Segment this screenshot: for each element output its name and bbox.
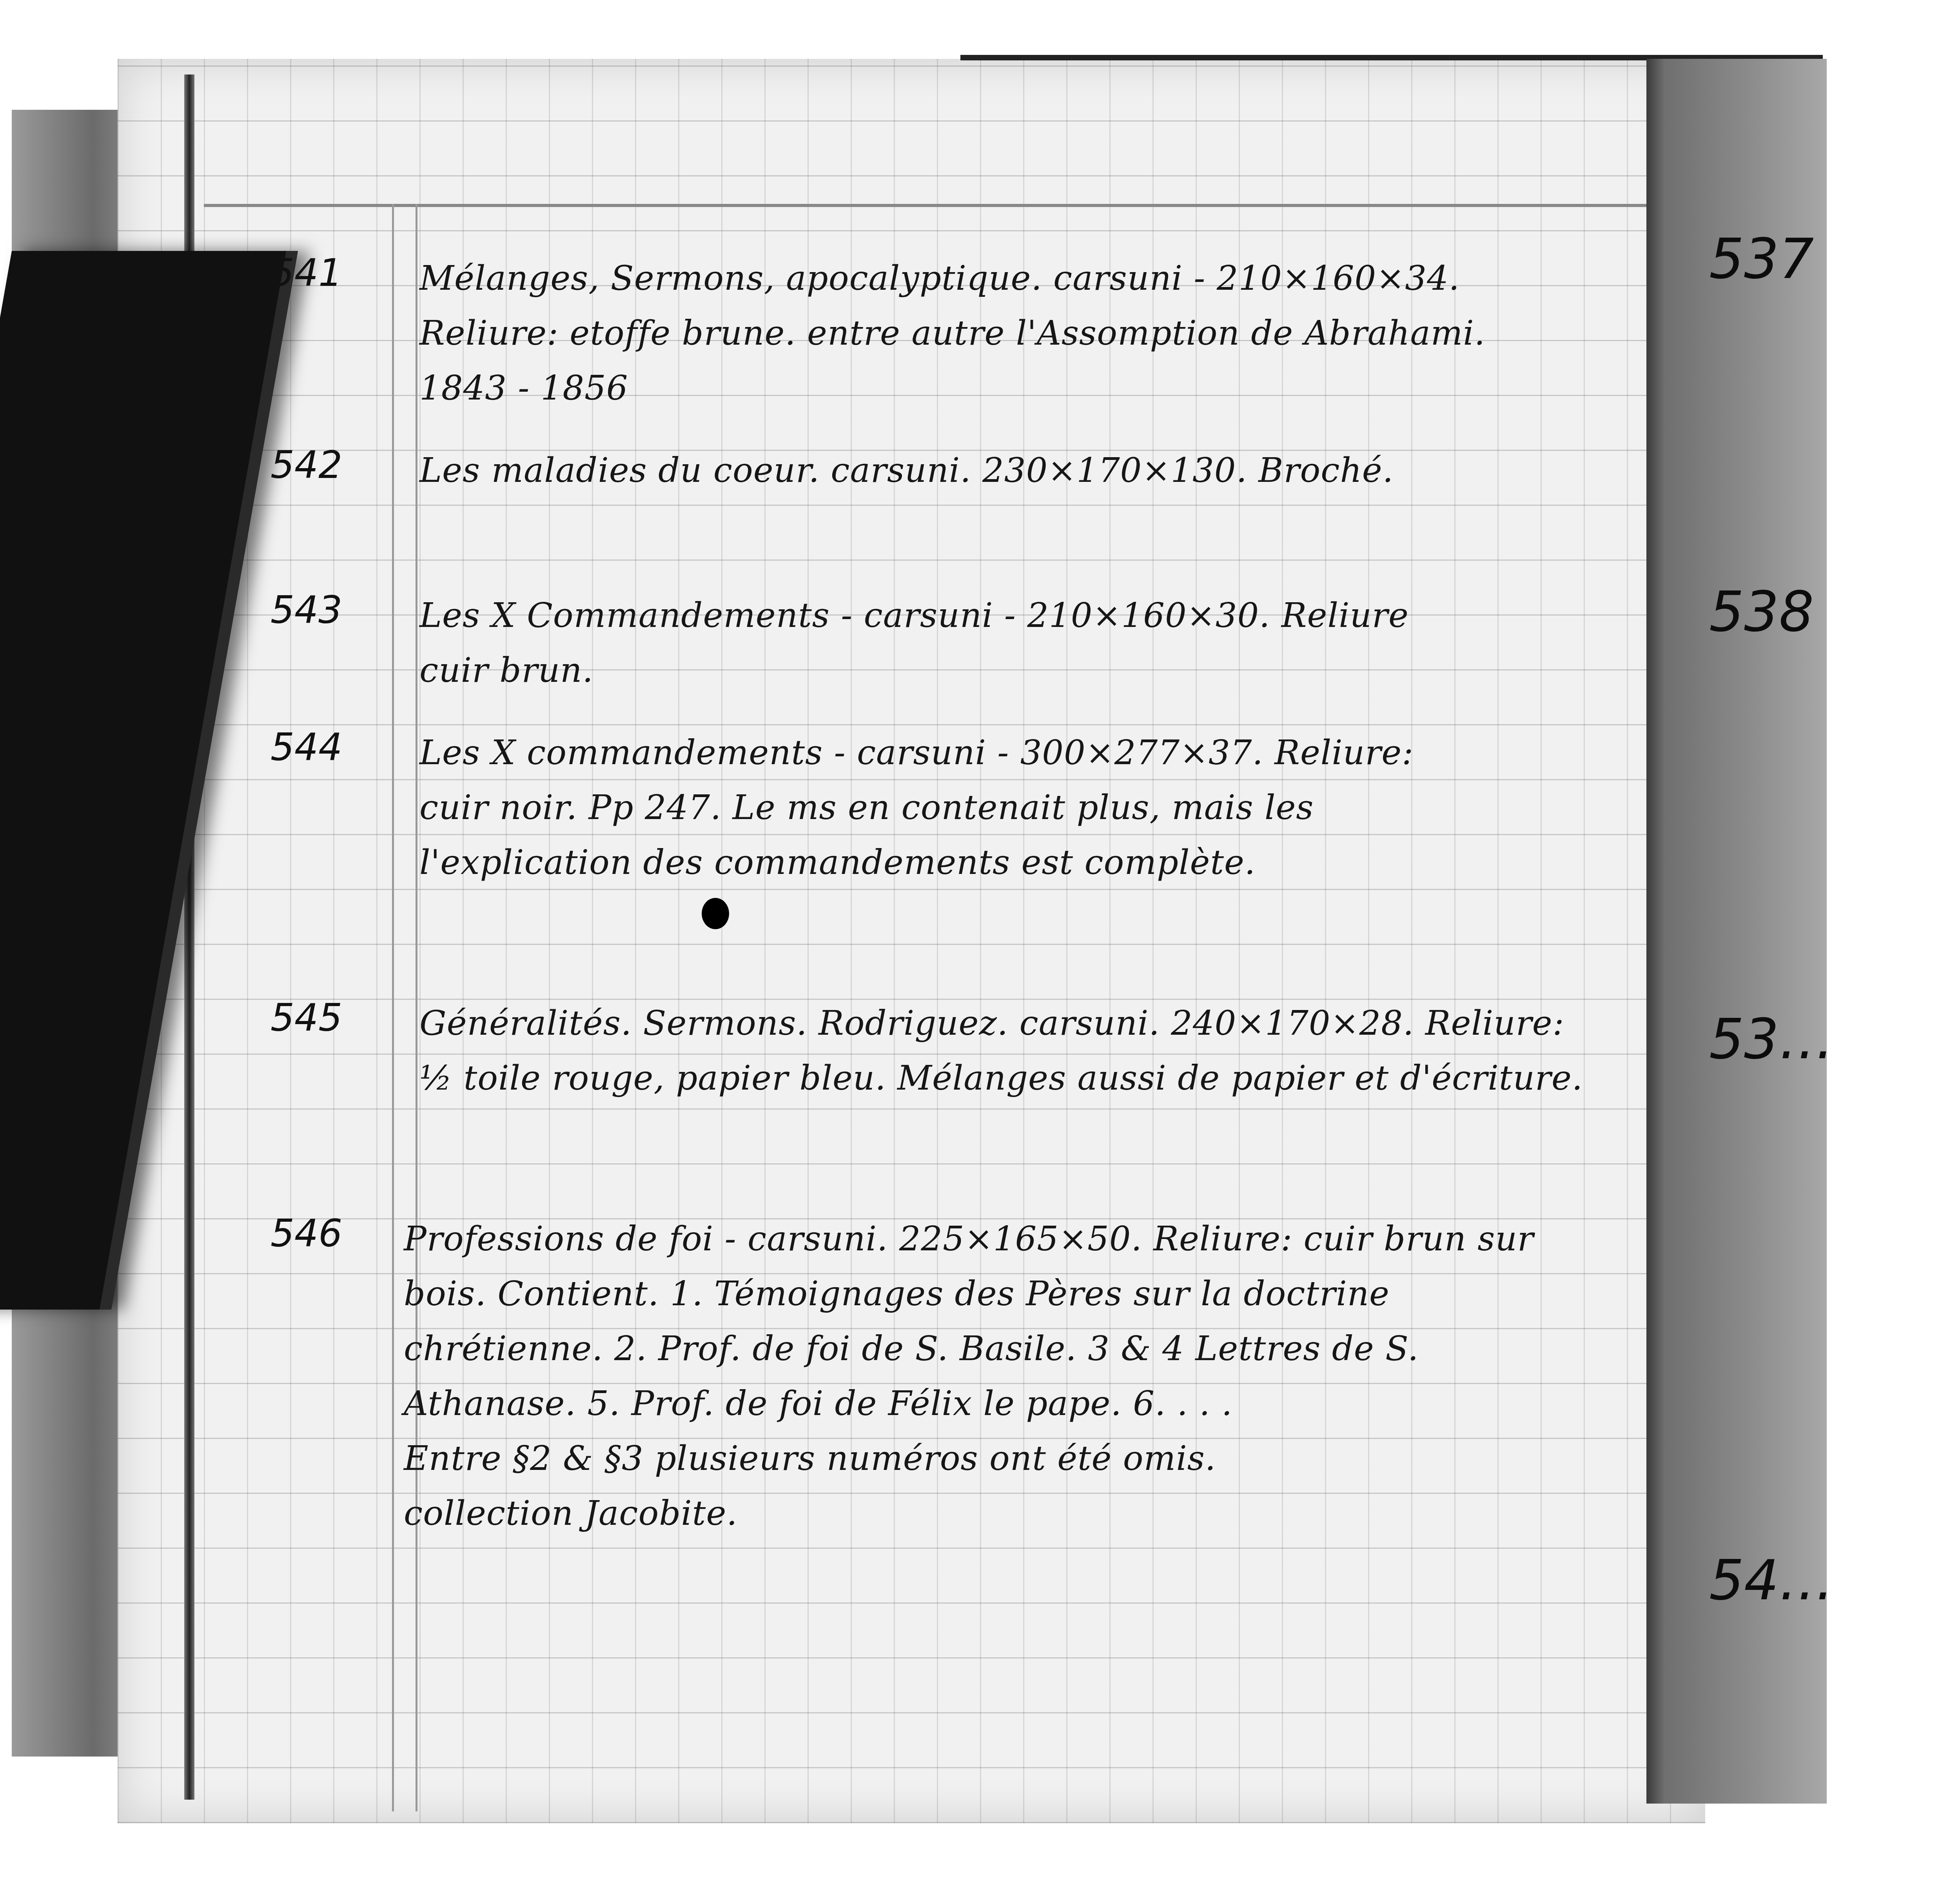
facing-page-number: 538: [1709, 580, 1814, 644]
entry-line: cuir brun.: [419, 643, 1693, 698]
entry-note: Entre §2 & §3 plusieurs numéros ont été …: [404, 1431, 1678, 1486]
facing-page-number: 54…: [1709, 1549, 1834, 1613]
entry-line: 1843 - 1856: [419, 361, 1693, 416]
entry-description: Les maladies du coeur. carsuni. 230×170×…: [419, 443, 1693, 498]
text-column-rule: [416, 204, 417, 1811]
entry-number: 541: [270, 251, 342, 295]
entry-line: Athanase. 5. Prof. de foi de Félix le pa…: [404, 1376, 1678, 1431]
entry-number: 546: [270, 1212, 342, 1255]
entry-description: Mélanges, Sermons, apocalyptique. carsun…: [419, 251, 1693, 416]
entry-line: chrétienne. 2. Prof. de foi de S. Basile…: [404, 1321, 1678, 1376]
entry-description: Les X Commandements - carsuni - 210×160×…: [419, 588, 1693, 698]
entry-line: cuir noir. Pp 247. Le ms en contenait pl…: [419, 780, 1693, 835]
entry-line: ½ toile rouge, papier bleu. Mélanges aus…: [419, 1051, 1693, 1106]
entry-line: Généralités. Sermons. Rodriguez. carsuni…: [419, 996, 1693, 1051]
entry-line: bois. Contient. 1. Témoignages des Pères…: [404, 1266, 1678, 1321]
ink-blot: [702, 898, 729, 929]
entry-description: Généralités. Sermons. Rodriguez. carsuni…: [419, 996, 1693, 1106]
entry-line: l'explication des commandements est comp…: [419, 835, 1693, 890]
entry-line: Les X commandements - carsuni - 300×277×…: [419, 725, 1693, 780]
facing-page-number: 53…: [1709, 1008, 1834, 1072]
entry-number: 543: [270, 588, 342, 632]
entry-description: Professions de foi - carsuni. 225×165×50…: [404, 1212, 1678, 1541]
entry-line: Reliure: etoffe brune. entre autre l'Ass…: [419, 306, 1693, 361]
entry-line: Mélanges, Sermons, apocalyptique. carsun…: [419, 251, 1693, 306]
entry-number: 544: [270, 725, 342, 769]
entry-description: Les X commandements - carsuni - 300×277×…: [419, 725, 1693, 890]
entry-line: Les X Commandements - carsuni - 210×160×…: [419, 588, 1693, 643]
header-rule: [204, 204, 1646, 207]
entry-line: Professions de foi - carsuni. 225×165×50…: [404, 1212, 1678, 1266]
facing-page-number: 537: [1709, 227, 1814, 291]
entry-number: 542: [270, 443, 342, 487]
number-column-rule: [392, 204, 394, 1811]
entry-number: 545: [270, 996, 342, 1040]
entry-line: Les maladies du coeur. carsuni. 230×170×…: [419, 443, 1693, 498]
entry-collection: collection Jacobite.: [404, 1486, 1678, 1541]
